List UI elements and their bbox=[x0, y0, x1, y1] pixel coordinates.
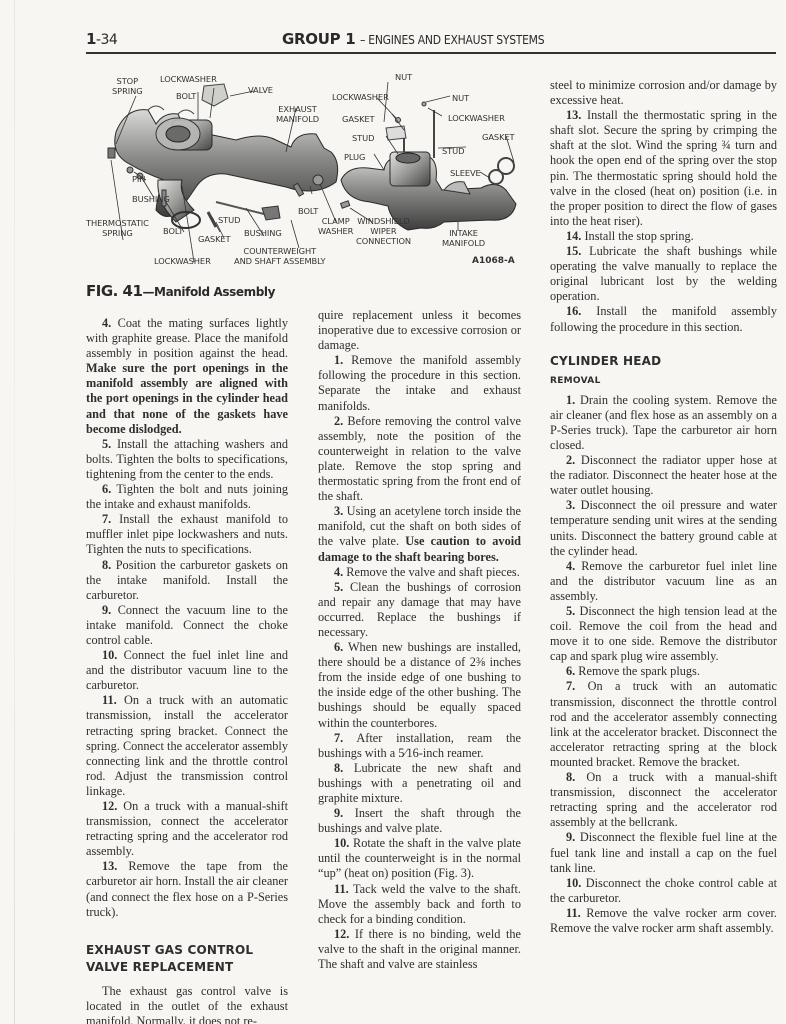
step-text: Clean the bushings of corrosion and repa… bbox=[318, 580, 521, 639]
step-text: When new bushings are installed, there s… bbox=[318, 640, 521, 729]
paragraph-step-6: 6. Tighten the bolt and nuts joining the… bbox=[86, 482, 288, 512]
paragraph-step-6: 6. When new bushings are installed, ther… bbox=[318, 640, 521, 731]
step-text: Connect the vacuum line to the intake ma… bbox=[86, 603, 288, 647]
paragraph-step-13: 13. Install the thermostatic spring in t… bbox=[550, 108, 777, 229]
step-text: Connect the fuel inlet line and and the … bbox=[86, 648, 288, 692]
paragraph-step-5: 5. Install the attaching washers and bol… bbox=[86, 437, 288, 482]
step-text: Disconnect the oil pressure and water te… bbox=[550, 498, 777, 557]
step-text: Tack weld the valve to the shaft. Move t… bbox=[318, 882, 521, 926]
label-clamp-washer: CLAMPWASHER bbox=[318, 216, 353, 236]
paragraph-step-15: 15. Lubricate the shaft bushings while o… bbox=[550, 244, 777, 304]
step-text: Disconnect the flexible fuel line at the… bbox=[550, 830, 777, 874]
label-bushing-left: BUSHING bbox=[132, 194, 170, 204]
step-text: Remove the valve rocker arm cover. Remov… bbox=[550, 906, 777, 935]
paragraph-step-16: 16. Install the manifold assembly follow… bbox=[550, 304, 777, 334]
paragraph-removal-step-5: 5. Disconnect the high tension lead at t… bbox=[550, 604, 777, 664]
paragraph-step-2: 2. Before removing the control valve ass… bbox=[318, 414, 521, 505]
step-text: Before removing the control valve assemb… bbox=[318, 414, 521, 503]
paragraph-continued: steel to minimize corrosion and/or damag… bbox=[550, 78, 777, 108]
step-number: 7. bbox=[566, 679, 575, 693]
step-number: 1. bbox=[334, 353, 343, 367]
label-thermostatic-spring: THERMOSTATICSPRING bbox=[86, 218, 149, 238]
paragraph-removal-step-1: 1. Drain the cooling system. Remove the … bbox=[550, 393, 777, 453]
paragraph-removal-step-10: 10. Disconnect the choke control cable a… bbox=[550, 876, 777, 906]
label-counterweight: COUNTERWEIGHTAND SHAFT ASSEMBLY bbox=[234, 246, 326, 266]
step-number: 10. bbox=[334, 836, 349, 850]
paragraph-step-11: 11. Tack weld the valve to the shaft. Mo… bbox=[318, 882, 521, 927]
step-text: Remove the spark plugs. bbox=[575, 664, 700, 678]
step-text: Lubricate the shaft bushings while opera… bbox=[550, 244, 777, 303]
step-number: 4. bbox=[334, 565, 343, 579]
step-number: 12. bbox=[102, 799, 117, 813]
paragraph-step-10: 10. Connect the fuel inlet line and and … bbox=[86, 648, 288, 693]
step-number: 4. bbox=[102, 316, 111, 330]
label-gasket-right: GASKET bbox=[482, 132, 515, 142]
label-lockwasher-mid: LOCKWASHER bbox=[332, 92, 389, 102]
step-number: 12. bbox=[334, 927, 349, 941]
step-text: If there is no binding, weld the valve t… bbox=[318, 927, 521, 971]
paragraph-removal-step-6: 6. Remove the spark plugs. bbox=[550, 664, 777, 679]
figure-code: A1068-A bbox=[472, 256, 515, 266]
step-text: Remove the manifold assembly following t… bbox=[318, 353, 521, 412]
step-text: Install the manifold assembly following … bbox=[550, 304, 777, 333]
label-gasket-bottom: GASKET bbox=[198, 234, 231, 244]
paragraph-step-9: 9. Insert the shaft through the bushings… bbox=[318, 806, 521, 836]
page-number-group: 1 bbox=[86, 30, 96, 48]
label-bolt-bottom: BOLT bbox=[163, 226, 183, 236]
paragraph-removal-step-9: 9. Disconnect the flexible fuel line at … bbox=[550, 830, 777, 875]
page-number-page: -34 bbox=[96, 32, 117, 48]
label-gasket-mid: GASKET bbox=[342, 114, 375, 124]
paragraph-step-8: 8. Position the carburetor gaskets on th… bbox=[86, 558, 288, 603]
step-number: 9. bbox=[102, 603, 111, 617]
step-number: 11. bbox=[334, 882, 349, 896]
step-text: Tighten the bolt and nuts joining the in… bbox=[86, 482, 288, 511]
label-stud-mid: STUD bbox=[352, 133, 374, 143]
paragraph-step-13: 13. Remove the tape from the carburetor … bbox=[86, 859, 288, 919]
figure-number: FIG. 41 bbox=[86, 282, 142, 300]
paragraph-intro: The exhaust gas control valve is located… bbox=[86, 984, 288, 1024]
subheading-removal: REMOVAL bbox=[550, 374, 777, 389]
step-number: 3. bbox=[566, 498, 575, 512]
step-text: Position the carburetor gaskets on the i… bbox=[86, 558, 288, 602]
label-sleeve: SLEEVE bbox=[450, 168, 481, 178]
paragraph-step-14: 14. Install the stop spring. bbox=[550, 229, 777, 244]
running-title-subject: – ENGINES AND EXHAUST SYSTEMS bbox=[360, 33, 544, 47]
label-lockwasher-top: LOCKWASHER bbox=[160, 74, 217, 84]
step-text: Remove the valve and shaft pieces. bbox=[343, 565, 520, 579]
column-3: steel to minimize corrosion and/or damag… bbox=[550, 78, 777, 936]
step-text: Lubricate the new shaft and bushings wit… bbox=[318, 761, 521, 805]
step-number: 4. bbox=[566, 559, 575, 573]
paragraph-step-12: 12. On a truck with a manual-shift trans… bbox=[86, 799, 288, 859]
label-lockwasher-bottom: LOCKWASHER bbox=[154, 256, 211, 266]
paragraph-step-11: 11. On a truck with an automatic transmi… bbox=[86, 693, 288, 799]
label-bushing-bottom: BUSHING bbox=[244, 228, 282, 238]
step-text: Disconnect the choke control cable at th… bbox=[550, 876, 777, 905]
step-number: 5. bbox=[334, 580, 343, 594]
step-text: Coat the mating surfaces lightly with gr… bbox=[86, 316, 288, 360]
paragraph-continued: quire replacement unless it becomes inop… bbox=[318, 308, 521, 353]
paragraph-step-1: 1. Remove the manifold assembly followin… bbox=[318, 353, 521, 413]
column-2: quire replacement unless it becomes inop… bbox=[318, 308, 521, 972]
step-number: 13. bbox=[566, 108, 581, 122]
step-number: 7. bbox=[334, 731, 343, 745]
step-number: 16. bbox=[566, 304, 581, 318]
step-number: 11. bbox=[566, 906, 581, 920]
step-text: On a truck with a manual-shift transmiss… bbox=[550, 770, 777, 829]
step-text: Remove the carburetor fuel inlet line an… bbox=[550, 559, 777, 603]
paragraph-step-4: 4. Coat the mating surfaces lightly with… bbox=[86, 316, 288, 437]
step-number: 8. bbox=[334, 761, 343, 775]
running-title-group: GROUP 1 bbox=[282, 30, 355, 48]
step-number: 2. bbox=[566, 453, 575, 467]
step-number: 6. bbox=[334, 640, 343, 654]
step-number: 5. bbox=[102, 437, 111, 451]
step-text: Install the stop spring. bbox=[581, 229, 693, 243]
label-windshield-wiper: WINDSHIELDWIPERCONNECTION bbox=[356, 216, 411, 246]
step-number: 9. bbox=[334, 806, 343, 820]
step-text: Remove the tape from the carburetor air … bbox=[86, 859, 288, 918]
step-text: On a truck with a manual-shift transmiss… bbox=[86, 799, 288, 858]
step-text: Drain the cooling system. Remove the air… bbox=[550, 393, 777, 452]
header-rule bbox=[86, 52, 776, 54]
step-number: 5. bbox=[566, 604, 575, 618]
paragraph-removal-step-3: 3. Disconnect the oil pressure and water… bbox=[550, 498, 777, 558]
paragraph-removal-step-7: 7. On a truck with an automatic transmis… bbox=[550, 679, 777, 770]
step-text: Rotate the shaft in the valve plate unti… bbox=[318, 836, 521, 880]
paragraph-step-7: 7. After installation, ream the bushings… bbox=[318, 731, 521, 761]
step-text: Install the thermostatic spring in the s… bbox=[550, 108, 777, 228]
section-heading-exhaust-gas-control: EXHAUST GAS CONTROLVALVE REPLACEMENT bbox=[86, 942, 288, 976]
step-number: 6. bbox=[102, 482, 111, 496]
step-number: 10. bbox=[102, 648, 117, 662]
paragraph-step-4: 4. Remove the valve and shaft pieces. bbox=[318, 565, 521, 580]
step-text: After installation, ream the bushings wi… bbox=[318, 731, 521, 760]
step-text: Disconnect the radiator upper hose at th… bbox=[550, 453, 777, 497]
paragraph-removal-step-2: 2. Disconnect the radiator upper hose at… bbox=[550, 453, 777, 498]
paragraph-removal-step-4: 4. Remove the carburetor fuel inlet line… bbox=[550, 559, 777, 604]
step-text: On a truck with an automatic transmissio… bbox=[86, 693, 288, 798]
step-number: 10. bbox=[566, 876, 581, 890]
paragraph-removal-step-8: 8. On a truck with a manual-shift transm… bbox=[550, 770, 777, 830]
step-number: 11. bbox=[102, 693, 117, 707]
label-stud-bottom: STUD bbox=[218, 215, 240, 225]
heading-line: VALVE REPLACEMENT bbox=[86, 960, 233, 974]
paragraph-step-12: 12. If there is no binding, weld the val… bbox=[318, 927, 521, 972]
page-edge bbox=[14, 0, 15, 1024]
page-number: 1-34 bbox=[86, 30, 117, 48]
paragraph-step-10: 10. Rotate the shaft in the valve plate … bbox=[318, 836, 521, 881]
label-lockwasher-right: LOCKWASHER bbox=[448, 113, 505, 123]
step-number: 14. bbox=[566, 229, 581, 243]
paragraph-removal-step-11: 11. Remove the valve rocker arm cover. R… bbox=[550, 906, 777, 936]
step-number: 13. bbox=[102, 859, 117, 873]
step-number: 8. bbox=[566, 770, 575, 784]
label-valve: VALVE bbox=[248, 85, 273, 95]
step-number: 9. bbox=[566, 830, 575, 844]
label-stop-spring: STOPSPRING bbox=[112, 76, 143, 96]
step-text: Disconnect the high tension lead at the … bbox=[550, 604, 777, 663]
step-caution: Make sure the port openings in the manif… bbox=[86, 361, 288, 435]
paragraph-step-3: 3. Using an acetylene torch inside the m… bbox=[318, 504, 521, 564]
section-heading-cylinder-head: CYLINDER HEAD bbox=[550, 353, 777, 370]
paragraph-step-9: 9. Connect the vacuum line to the intake… bbox=[86, 603, 288, 648]
label-intake-manifold: INTAKEMANIFOLD bbox=[442, 228, 485, 248]
label-nut-top: NUT bbox=[395, 72, 412, 82]
step-number: 8. bbox=[102, 558, 111, 572]
label-exhaust-manifold: EXHAUSTMANIFOLD bbox=[276, 104, 319, 124]
figure-title: —Manifold Assembly bbox=[142, 285, 275, 299]
step-number: 2. bbox=[334, 414, 343, 428]
paragraph-step-5: 5. Clean the bushings of corrosion and r… bbox=[318, 580, 521, 640]
step-number: 3. bbox=[334, 504, 343, 518]
paragraph-step-8: 8. Lubricate the new shaft and bushings … bbox=[318, 761, 521, 806]
step-text: Insert the shaft through the bushings an… bbox=[318, 806, 521, 835]
heading-line: EXHAUST GAS CONTROL bbox=[86, 943, 253, 957]
step-number: 6. bbox=[566, 664, 575, 678]
running-title: GROUP 1 – ENGINES AND EXHAUST SYSTEMS bbox=[282, 30, 565, 48]
label-bolt-top: BOLT bbox=[176, 91, 196, 101]
step-number: 15. bbox=[566, 244, 581, 258]
label-stud-right: STUD bbox=[442, 146, 464, 156]
figure-caption: FIG. 41—Manifold Assembly bbox=[86, 282, 275, 300]
step-text: On a truck with an automatic transmissio… bbox=[550, 679, 777, 768]
column-1: 4. Coat the mating surfaces lightly with… bbox=[86, 316, 288, 1024]
step-number: 7. bbox=[102, 512, 111, 526]
paragraph-step-7: 7. Install the exhaust manifold to muffl… bbox=[86, 512, 288, 557]
page-header: 1-34 GROUP 1 – ENGINES AND EXHAUST SYSTE… bbox=[86, 30, 776, 54]
label-bolt-right: BOLT bbox=[298, 206, 318, 216]
label-nut-right: NUT bbox=[452, 93, 469, 103]
step-number: 1. bbox=[566, 393, 575, 407]
step-text: Install the exhaust manifold to muffler … bbox=[86, 512, 288, 556]
manifold-assembly-figure: STOPSPRING LOCKWASHER BOLT VALVE EXHAUST… bbox=[86, 62, 536, 272]
label-plug: PLUG bbox=[344, 152, 365, 162]
step-text: Install the attaching washers and bolts.… bbox=[86, 437, 288, 481]
label-pin: PIN bbox=[132, 174, 145, 184]
